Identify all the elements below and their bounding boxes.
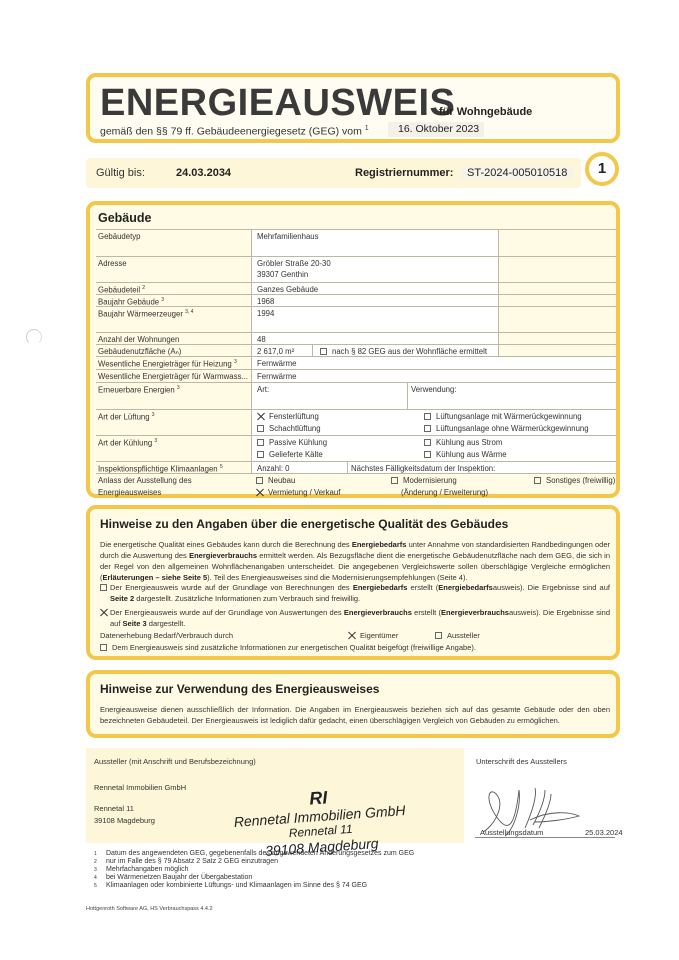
- electric-cooling-checkbox[interactable]: [424, 439, 431, 446]
- row-building-type: Gebäudetyp Mehrfamilienhaus: [96, 229, 616, 256]
- validity-bar: Gültig bis: 24.03.2034 Registriernummer:…: [86, 158, 581, 188]
- row-heater-year: Baujahr Wärmeerzeuger 3, 4 1994: [96, 306, 616, 332]
- other-reason-checkbox[interactable]: [534, 477, 541, 484]
- certificate-header: ENERGIEAUSWEIS für Wohngebäude gemäß den…: [86, 73, 620, 143]
- law-reference: gemäß den §§ 79 ff. Gebäudeenergiegesetz…: [100, 125, 369, 138]
- rental-sale-checkbox[interactable]: [256, 489, 263, 496]
- vent-option: Schachtlüftung: [257, 424, 321, 433]
- issuer-city: 39108 Magdeburg: [94, 816, 155, 825]
- usage-title: Hinweise zur Verwendung des Energieauswe…: [100, 682, 379, 696]
- ventilation-heat-recovery-checkbox[interactable]: [424, 413, 431, 420]
- row-construction-year: Baujahr Gebäude 3 1968: [96, 294, 616, 306]
- demand-based-checkbox[interactable]: [100, 584, 107, 591]
- extra-info-checkbox[interactable]: [100, 644, 107, 651]
- signature-label: Unterschrift des Ausstellers: [476, 757, 567, 766]
- signature-line: [475, 837, 615, 838]
- notes-title: Hinweise zu den Angaben über die energet…: [100, 517, 508, 531]
- row-renewables: Erneuerbare Energien 3 Art: Verwendung:: [96, 382, 616, 409]
- registration-label: Registriernummer:: [355, 167, 453, 179]
- area-from-living-space-checkbox[interactable]: [320, 348, 327, 355]
- document-title: ENERGIEAUSWEIS: [100, 82, 455, 125]
- vent-option: Lüftungsanlage mit Wärmerückgewinnung: [424, 412, 582, 421]
- signature-block: Unterschrift des Ausstellers Ausstellung…: [470, 748, 620, 843]
- window-ventilation-checkbox[interactable]: [257, 413, 264, 420]
- row-building-part: Gebäudeteil 2 Ganzes Gebäude: [96, 282, 616, 294]
- footnote-item: 2nur im Falle des § 79 Absatz 2 Satz 2 G…: [94, 858, 414, 866]
- valid-until-label: Gültig bis:: [96, 167, 145, 179]
- row-air-conditioning: Inspektionspflichtige Klimaanlagen 5 Anz…: [96, 461, 616, 473]
- consumption-based-checkbox[interactable]: [100, 609, 107, 616]
- row-cooling: Art der Kühlung 3 Passive Kühlung Gelief…: [96, 435, 616, 461]
- issue-date-label: Ausstellungsdatum: [480, 828, 543, 837]
- heat-cooling-checkbox[interactable]: [424, 451, 431, 458]
- issue-date: 25.03.2024: [585, 828, 623, 837]
- notes-intro: Die energetische Qualität eines Gebäudes…: [100, 539, 610, 583]
- page-number-badge: 1: [585, 152, 619, 186]
- building-section: Gebäude Gebäudetyp Mehrfamilienhaus Adre…: [86, 201, 620, 498]
- law-date: 16. Oktober 2023: [388, 122, 484, 137]
- consumption-based-option: Der Energieausweis wurde auf der Grundla…: [100, 607, 610, 629]
- row-usable-area: Gebäudenutzfläche (Aₙ) 2 617,0 m² nach §…: [96, 344, 616, 356]
- new-building-checkbox[interactable]: [256, 477, 263, 484]
- row-issue-reason: Anlass der Ausstellung des Energieauswei…: [96, 473, 616, 498]
- owner-checkbox[interactable]: [348, 632, 355, 639]
- data-source-row: Datenerhebung Bedarf/Verbrauch durch Eig…: [100, 630, 610, 641]
- row-water-carrier: Wesentliche Energieträger für Warmwass..…: [96, 369, 616, 382]
- footnote-item: 5Klimaanlagen oder kombinierte Lüftungs-…: [94, 882, 414, 890]
- passive-cooling-checkbox[interactable]: [257, 439, 264, 446]
- vent-option: Fensterlüftung: [257, 412, 319, 421]
- footnote-item: 1Datum des angewendeten GEG, gegebenenfa…: [94, 850, 414, 858]
- footnote-item: 3Mehrfachangaben möglich: [94, 866, 414, 874]
- issuer-label: Aussteller (mit Anschrift und Berufsbeze…: [94, 757, 256, 766]
- energy-quality-notes: Hinweise zu den Angaben über die energet…: [86, 505, 620, 660]
- document-subtitle: für Wohngebäude: [439, 106, 532, 118]
- usage-notes: Hinweise zur Verwendung des Energieauswe…: [86, 670, 620, 738]
- footnotes: 1Datum des angewendeten GEG, gegebenenfa…: [94, 850, 414, 890]
- punch-hole-mark: [26, 329, 42, 345]
- footnote-item: 4bei Wärmenetzen Baujahr der Übergabesta…: [94, 874, 414, 882]
- demand-based-option: Der Energieausweis wurde auf der Grundla…: [100, 582, 610, 604]
- extra-info-option: Dem Energieausweis sind zusätzliche Info…: [100, 642, 610, 653]
- row-address: Adresse Gröbler Straße 20-30 39307 Genth…: [96, 256, 616, 282]
- valid-until-value: 24.03.2034: [176, 167, 231, 179]
- row-heating-carrier: Wesentliche Energieträger für Heizung 3 …: [96, 356, 616, 369]
- row-units: Anzahl der Wohnungen 48: [96, 332, 616, 344]
- delivered-cooling-checkbox[interactable]: [257, 451, 264, 458]
- row-ventilation: Art der Lüftung 3 Fensterlüftung Schacht…: [96, 409, 616, 435]
- vent-option: Lüftungsanlage ohne Wärmerückgewinnung: [424, 424, 589, 433]
- issuer-name: Rennetal Immobilien GmbH: [94, 783, 186, 792]
- issuer-street: Rennetal 11: [94, 804, 134, 813]
- section-title: Gebäude: [98, 211, 152, 225]
- registration-number: ST-2024-005010518: [461, 167, 573, 179]
- software-credit: Hottgenroth Software AG, HS Verbrauchspa…: [86, 906, 213, 912]
- modernization-checkbox[interactable]: [391, 477, 398, 484]
- ventilation-no-heat-recovery-checkbox[interactable]: [424, 425, 431, 432]
- shaft-ventilation-checkbox[interactable]: [257, 425, 264, 432]
- usage-text: Energieausweise dienen ausschließlich de…: [100, 704, 610, 726]
- issuer-checkbox[interactable]: [435, 632, 442, 639]
